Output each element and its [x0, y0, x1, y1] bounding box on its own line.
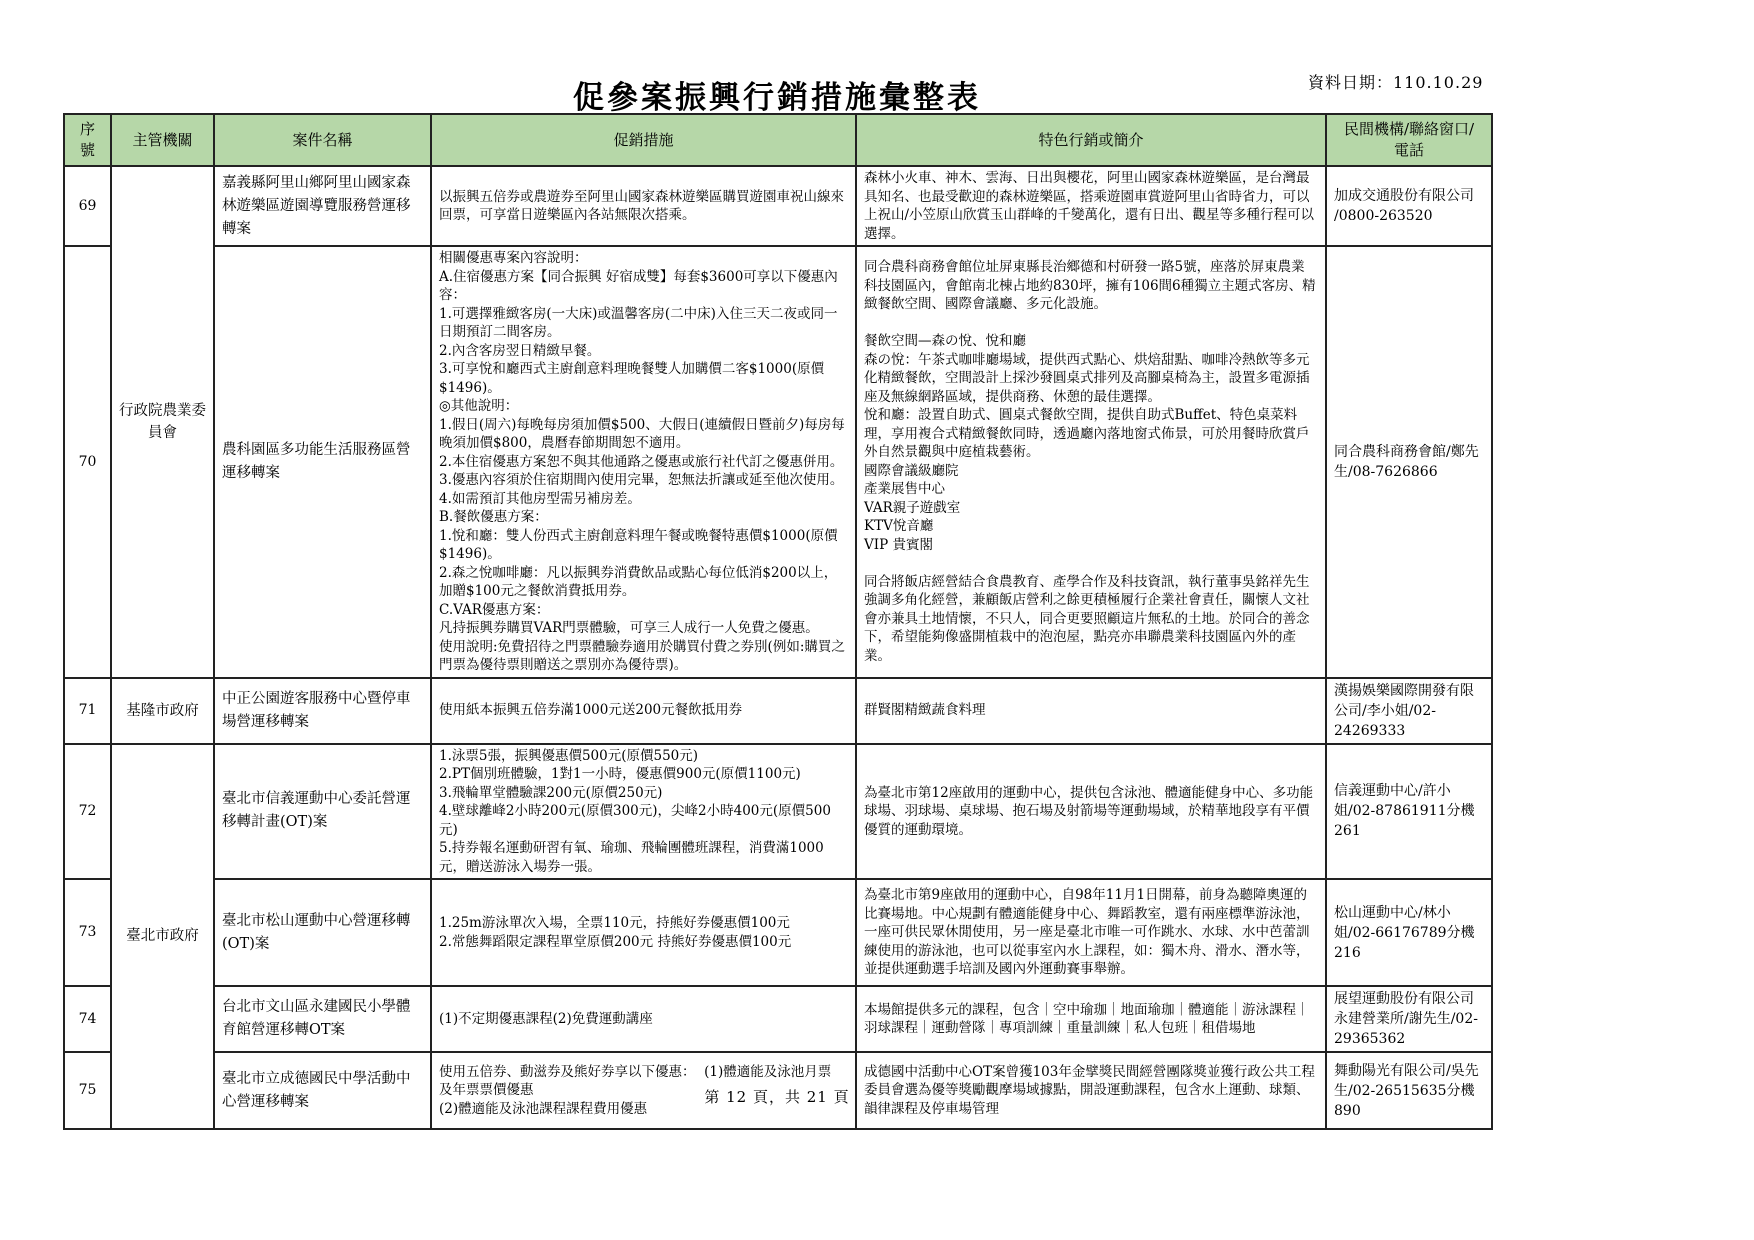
cell-feature: 群賢閣精緻蔬食料理 [856, 678, 1326, 744]
cell-feature: 為臺北市第9座啟用的運動中心，自98年11月1日開幕，前身為聽障奧運的比賽場地。… [856, 879, 1326, 986]
cell-num: 71 [64, 678, 111, 744]
cell-feature: 為臺北市第12座啟用的運動中心，提供包含泳池、體適能健身中心、多功能球場、羽球場… [856, 744, 1326, 880]
col-header-contact: 民間機構/聯絡窗口/ 電話 [1326, 114, 1492, 166]
cell-feature: 本場館提供多元的課程，包含｜空中瑜珈｜地面瑜珈｜體適能｜游泳課程｜羽球課程｜運動… [856, 986, 1326, 1052]
summary-table: 序 號 主管機關 案件名稱 促銷措施 特色行銷或簡介 民間機構/聯絡窗口/ 電話… [63, 113, 1493, 1130]
cell-contact: 展望運動股份有限公司永建營業所/謝先生/02-29365362 [1326, 986, 1492, 1052]
cell-num: 74 [64, 986, 111, 1052]
col-header-case-name: 案件名稱 [214, 114, 431, 166]
cell-case-name: 臺北市信義運動中心委託營運移轉計畫(OT)案 [214, 744, 431, 880]
cell-case-name: 臺北市松山運動中心營運移轉(OT)案 [214, 879, 431, 986]
cell-promo: (1)不定期優惠課程(2)免費運動講座 [431, 986, 856, 1052]
col-header-agency: 主管機關 [111, 114, 214, 166]
cell-case-name: 嘉義縣阿里山鄉阿里山國家森林遊樂區遊園導覽服務營運移轉案 [214, 166, 431, 246]
cell-promo: 1.泳票5張，振興優惠價500元(原價550元) 2.PT個別班體驗，1對1一小… [431, 744, 856, 880]
header-row: 序 號 主管機關 案件名稱 促銷措施 特色行銷或簡介 民間機構/聯絡窗口/ 電話 [64, 114, 1492, 166]
cell-feature: 森林小火車、神木、雲海、日出與櫻花，阿里山國家森林遊樂區，是台灣最具知名、也最受… [856, 166, 1326, 246]
cell-case-name: 台北市文山區永建國民小學體育館營運移轉OT案 [214, 986, 431, 1052]
cell-case-name: 中正公園遊客服務中心暨停車場營運移轉案 [214, 678, 431, 744]
table-row: 74 台北市文山區永建國民小學體育館營運移轉OT案 (1)不定期優惠課程(2)免… [64, 986, 1492, 1052]
table-row: 71 基隆市政府 中正公園遊客服務中心暨停車場營運移轉案 使用紙本振興五倍券滿1… [64, 678, 1492, 744]
cell-num: 73 [64, 879, 111, 986]
cell-promo: 相關優惠專案內容說明： A.住宿優惠方案【同合振興 好宿成雙】每套$3600可享… [431, 246, 856, 678]
table-row: 69 行政院農業委員會 嘉義縣阿里山鄉阿里山國家森林遊樂區遊園導覽服務營運移轉案… [64, 166, 1492, 246]
cell-contact: 同合農科商務會館/鄭先生/08-7626866 [1326, 246, 1492, 678]
cell-agency: 行政院農業委員會 [111, 166, 214, 678]
cell-promo: 1.25m游泳單次入場，全票110元，持熊好券優惠價100元 2.常態舞蹈限定課… [431, 879, 856, 986]
cell-num: 69 [64, 166, 111, 246]
data-date-label: 資料日期：110.10.29 [1308, 70, 1483, 93]
cell-case-name: 農科園區多功能生活服務區營運移轉案 [214, 246, 431, 678]
cell-contact: 松山運動中心/林小姐/02-66176789分機216 [1326, 879, 1492, 986]
col-header-promo: 促銷措施 [431, 114, 856, 166]
page-number-footer: 第 12 頁，共 21 頁 [63, 1086, 1491, 1107]
col-header-num: 序 號 [64, 114, 111, 166]
cell-agency: 基隆市政府 [111, 678, 214, 744]
cell-contact: 漢揚娛樂國際開發有限公司/李小姐/02-24269333 [1326, 678, 1492, 744]
cell-promo: 使用紙本振興五倍券滿1000元送200元餐飲抵用券 [431, 678, 856, 744]
table-row: 73 臺北市松山運動中心營運移轉(OT)案 1.25m游泳單次入場，全票110元… [64, 879, 1492, 986]
table-row: 72 臺北市政府 臺北市信義運動中心委託營運移轉計畫(OT)案 1.泳票5張，振… [64, 744, 1492, 880]
col-header-feature: 特色行銷或簡介 [856, 114, 1326, 166]
cell-contact: 加成交通股份有限公司 /0800-263520 [1326, 166, 1492, 246]
cell-num: 72 [64, 744, 111, 880]
cell-agency: 臺北市政府 [111, 744, 214, 1130]
page-title: 促參案振興行銷措施彙整表 [63, 72, 1491, 117]
cell-contact: 信義運動中心/許小姐/02-87861911分機261 [1326, 744, 1492, 880]
cell-feature: 同合農科商務會館位址屏東縣長治鄉德和村研發一路5號，座落於屏東農業科技園區內，會… [856, 246, 1326, 678]
cell-promo: 以振興五倍券或農遊券至阿里山國家森林遊樂區購買遊園車祝山線來回票，可享當日遊樂區… [431, 166, 856, 246]
cell-num: 70 [64, 246, 111, 678]
table-row: 70 農科園區多功能生活服務區營運移轉案 相關優惠專案內容說明： A.住宿優惠方… [64, 246, 1492, 678]
